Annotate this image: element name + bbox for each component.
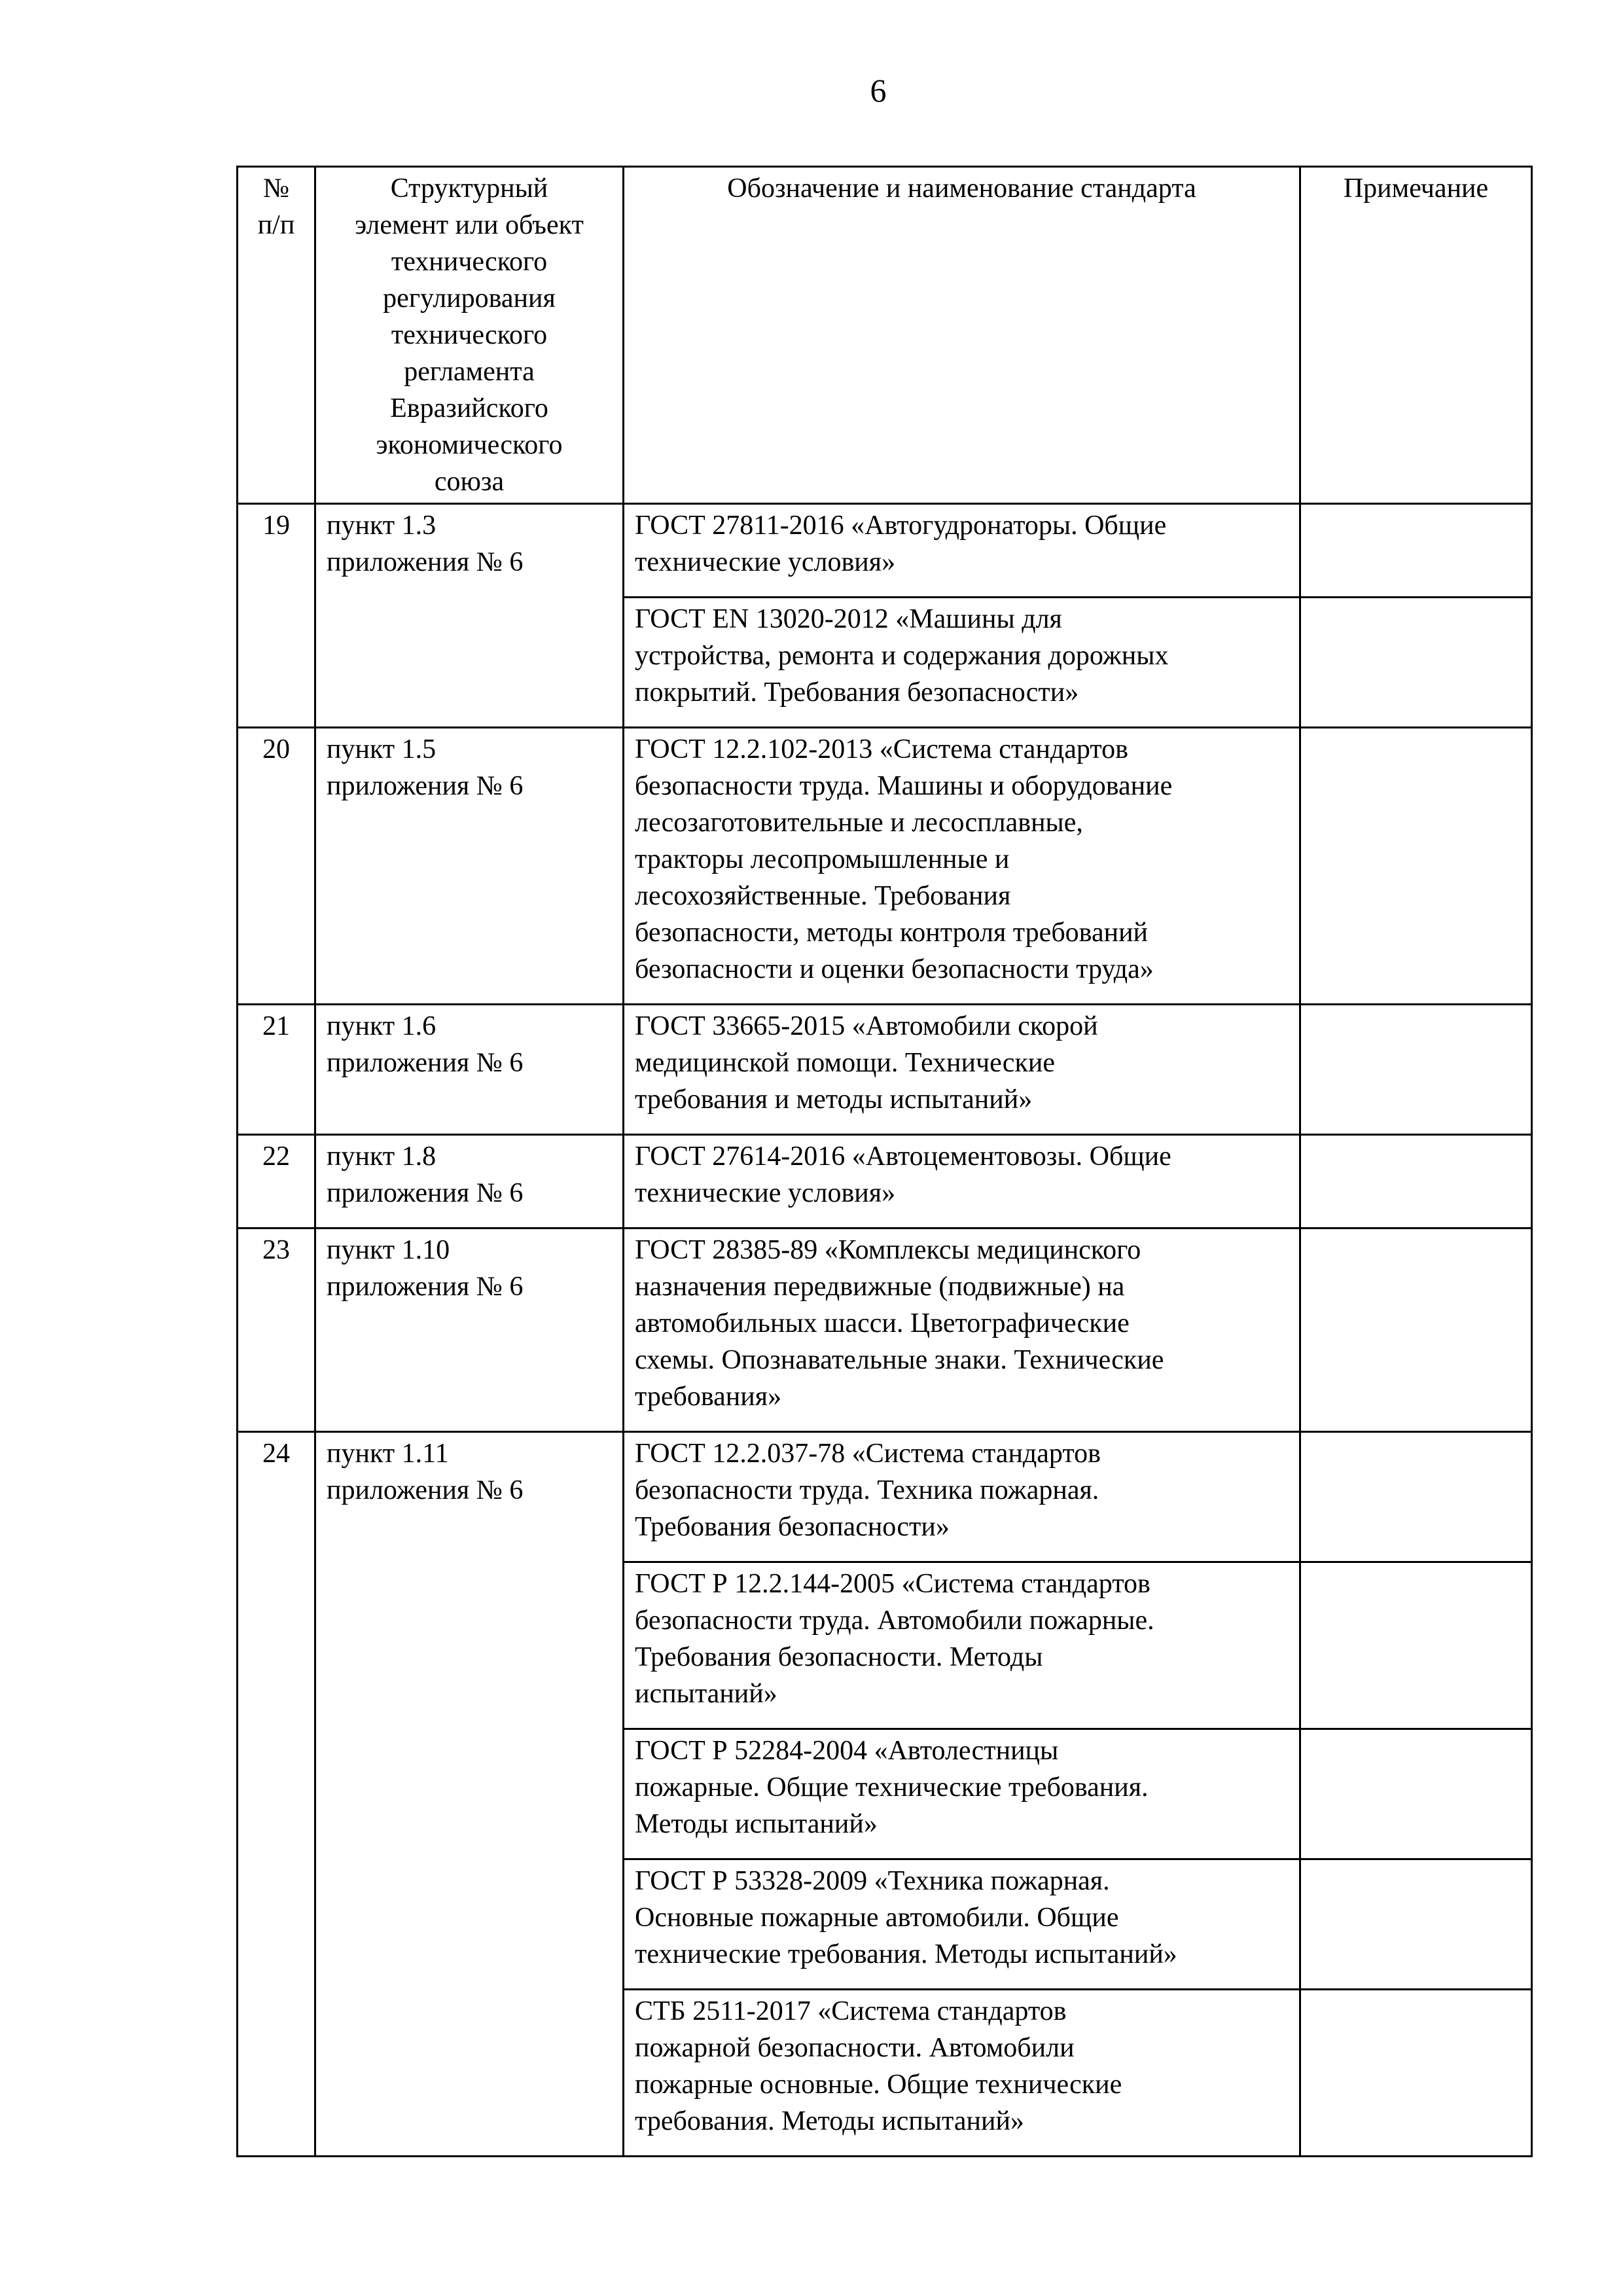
table-row: 19пункт 1.3приложения № 6ГОСТ 27811-2016… xyxy=(238,504,1532,598)
text-line: регулирования xyxy=(323,280,616,317)
text-line: технические требования. Методы испытаний… xyxy=(635,1936,1290,1973)
header-number: №п/п xyxy=(238,167,315,504)
text-line: Методы испытаний» xyxy=(635,1806,1290,1842)
text-line: приложения № 6 xyxy=(327,1045,613,1081)
text-line: приложения № 6 xyxy=(327,1268,613,1305)
text-line: медицинской помощи. Технические xyxy=(635,1045,1290,1081)
table-row: 24пункт 1.11приложения № 6ГОСТ 12.2.037-… xyxy=(238,1432,1532,1562)
row-number-cell: 21 xyxy=(238,1005,315,1135)
text-line: безопасности труда. Машины и оборудовани… xyxy=(635,768,1290,804)
standard-cell: ГОСТ 27811-2016 «Автогудронаторы. Общиет… xyxy=(624,504,1300,598)
structural-element-cell: пункт 1.6приложения № 6 xyxy=(315,1005,624,1135)
text-line: № xyxy=(241,170,312,207)
text-line: безопасности труда. Автомобили пожарные. xyxy=(635,1602,1290,1639)
text-line: Евразийского xyxy=(323,390,616,427)
text-line: технические условия» xyxy=(635,1175,1290,1211)
text-line: автомобильных шасси. Цветографические xyxy=(635,1305,1290,1342)
text-line: пункт 1.5 xyxy=(327,731,613,768)
standard-cell: ГОСТ EN 13020-2012 «Машины дляустройства… xyxy=(624,598,1300,728)
text-line: пункт 1.11 xyxy=(327,1435,613,1472)
note-cell xyxy=(1300,1859,1532,1990)
text-line: приложения № 6 xyxy=(327,544,613,581)
table-body: 19пункт 1.3приложения № 6ГОСТ 27811-2016… xyxy=(238,504,1532,2157)
text-line: пожарной безопасности. Автомобили xyxy=(635,2030,1290,2066)
table-header-row: №п/п Структурныйэлемент или объекттехнич… xyxy=(238,167,1532,504)
table-row: 23пункт 1.10приложения № 6ГОСТ 28385-89 … xyxy=(238,1229,1532,1432)
text-line: приложения № 6 xyxy=(327,1472,613,1509)
row-number-cell: 22 xyxy=(238,1135,315,1229)
structural-element-cell: пункт 1.8приложения № 6 xyxy=(315,1135,624,1229)
text-line: пункт 1.8 xyxy=(327,1138,613,1175)
text-line: ГОСТ 33665-2015 «Автомобили скорой xyxy=(635,1008,1290,1045)
standard-cell: ГОСТ 12.2.102-2013 «Система стандартовбе… xyxy=(624,728,1300,1005)
text-line: требования. Методы испытаний» xyxy=(635,2103,1290,2140)
text-line: лесозаготовительные и лесосплавные, xyxy=(635,804,1290,841)
table-row: 21пункт 1.6приложения № 6ГОСТ 33665-2015… xyxy=(238,1005,1532,1135)
text-line: тракторы лесопромышленные и xyxy=(635,841,1290,878)
text-line: ГОСТ Р 53328-2009 «Техника пожарная. xyxy=(635,1863,1290,1899)
header-standard: Обозначение и наименование стандарта xyxy=(624,167,1300,504)
text-line: ГОСТ Р 12.2.144-2005 «Система стандартов xyxy=(635,1566,1290,1602)
standard-cell: ГОСТ 28385-89 «Комплексы медицинскогоназ… xyxy=(624,1229,1300,1432)
note-cell xyxy=(1300,1135,1532,1229)
row-number-cell: 23 xyxy=(238,1229,315,1432)
standard-cell: ГОСТ 27614-2016 «Автоцементовозы. Общиет… xyxy=(624,1135,1300,1229)
row-number-cell: 20 xyxy=(238,728,315,1005)
note-cell xyxy=(1300,1432,1532,1562)
text-line: СТБ 2511-2017 «Система стандартов xyxy=(635,1993,1290,2030)
standard-cell: ГОСТ 33665-2015 «Автомобили скороймедици… xyxy=(624,1005,1300,1135)
note-cell xyxy=(1300,1229,1532,1432)
text-line: союза xyxy=(323,463,616,500)
text-line: ГОСТ 12.2.102-2013 «Система стандартов xyxy=(635,731,1290,768)
text-line: Основные пожарные автомобили. Общие xyxy=(635,1899,1290,1936)
text-line: Требования безопасности. Методы xyxy=(635,1639,1290,1676)
text-line: ГОСТ 27811-2016 «Автогудронаторы. Общие xyxy=(635,507,1290,544)
note-cell xyxy=(1300,1990,1532,2157)
note-cell xyxy=(1300,1562,1532,1729)
note-cell xyxy=(1300,598,1532,728)
note-cell xyxy=(1300,504,1532,598)
text-line: безопасности, методы контроля требований xyxy=(635,914,1290,951)
text-line: регламента xyxy=(323,353,616,390)
standard-cell: ГОСТ 12.2.037-78 «Система стандартовбезо… xyxy=(624,1432,1300,1562)
text-line: ГОСТ 28385-89 «Комплексы медицинского xyxy=(635,1232,1290,1268)
text-line: устройства, ремонта и содержания дорожны… xyxy=(635,637,1290,674)
text-line: экономического xyxy=(323,427,616,463)
text-line: лесохозяйственные. Требования xyxy=(635,878,1290,914)
structural-element-cell: пункт 1.5приложения № 6 xyxy=(315,728,624,1005)
text-line: пункт 1.6 xyxy=(327,1008,613,1045)
row-number-cell: 19 xyxy=(238,504,315,728)
text-line: требования и методы испытаний» xyxy=(635,1081,1290,1118)
text-line: пункт 1.10 xyxy=(327,1232,613,1268)
structural-element-cell: пункт 1.10приложения № 6 xyxy=(315,1229,624,1432)
text-line: покрытий. Требования безопасности» xyxy=(635,674,1290,711)
text-line: приложения № 6 xyxy=(327,768,613,804)
text-line: Структурный xyxy=(323,170,616,207)
text-line: назначения передвижные (подвижные) на xyxy=(635,1268,1290,1305)
standard-cell: СТБ 2511-2017 «Система стандартовпожарно… xyxy=(624,1990,1300,2157)
standards-table: №п/п Структурныйэлемент или объекттехнич… xyxy=(236,166,1533,2157)
note-cell xyxy=(1300,728,1532,1005)
text-line: ГОСТ 12.2.037-78 «Система стандартов xyxy=(635,1435,1290,1472)
header-structural-element: Структурныйэлемент или объекттехническог… xyxy=(315,167,624,504)
row-number-cell: 24 xyxy=(238,1432,315,2157)
text-line: безопасности труда. Техника пожарная. xyxy=(635,1472,1290,1509)
table-row: 22пункт 1.8приложения № 6ГОСТ 27614-2016… xyxy=(238,1135,1532,1229)
text-line: ГОСТ Р 52284-2004 «Автолестницы xyxy=(635,1732,1290,1769)
text-line: пожарные основные. Общие технические xyxy=(635,2066,1290,2103)
note-cell xyxy=(1300,1729,1532,1859)
text-line: пункт 1.3 xyxy=(327,507,613,544)
text-line: п/п xyxy=(241,207,312,243)
standard-cell: ГОСТ Р 52284-2004 «Автолестницыпожарные.… xyxy=(624,1729,1300,1859)
text-line: ГОСТ 27614-2016 «Автоцементовозы. Общие xyxy=(635,1138,1290,1175)
text-line: требования» xyxy=(635,1378,1290,1415)
text-line: приложения № 6 xyxy=(327,1175,613,1211)
standard-cell: ГОСТ Р 53328-2009 «Техника пожарная.Осно… xyxy=(624,1859,1300,1990)
header-note: Примечание xyxy=(1300,167,1532,504)
structural-element-cell: пункт 1.11приложения № 6 xyxy=(315,1432,624,2157)
text-line: пожарные. Общие технические требования. xyxy=(635,1769,1290,1806)
text-line: безопасности и оценки безопасности труда… xyxy=(635,951,1290,988)
text-line: технические условия» xyxy=(635,544,1290,581)
text-line: испытаний» xyxy=(635,1676,1290,1712)
text-line: технического xyxy=(323,243,616,280)
standard-cell: ГОСТ Р 12.2.144-2005 «Система стандартов… xyxy=(624,1562,1300,1729)
text-line: Требования безопасности» xyxy=(635,1509,1290,1545)
structural-element-cell: пункт 1.3приложения № 6 xyxy=(315,504,624,728)
page-number: 6 xyxy=(0,71,1623,110)
text-line: ГОСТ EN 13020-2012 «Машины для xyxy=(635,601,1290,637)
note-cell xyxy=(1300,1005,1532,1135)
text-line: технического xyxy=(323,317,616,353)
text-line: элемент или объект xyxy=(323,207,616,243)
text-line: схемы. Опознавательные знаки. Технически… xyxy=(635,1342,1290,1378)
table-row: 20пункт 1.5приложения № 6ГОСТ 12.2.102-2… xyxy=(238,728,1532,1005)
